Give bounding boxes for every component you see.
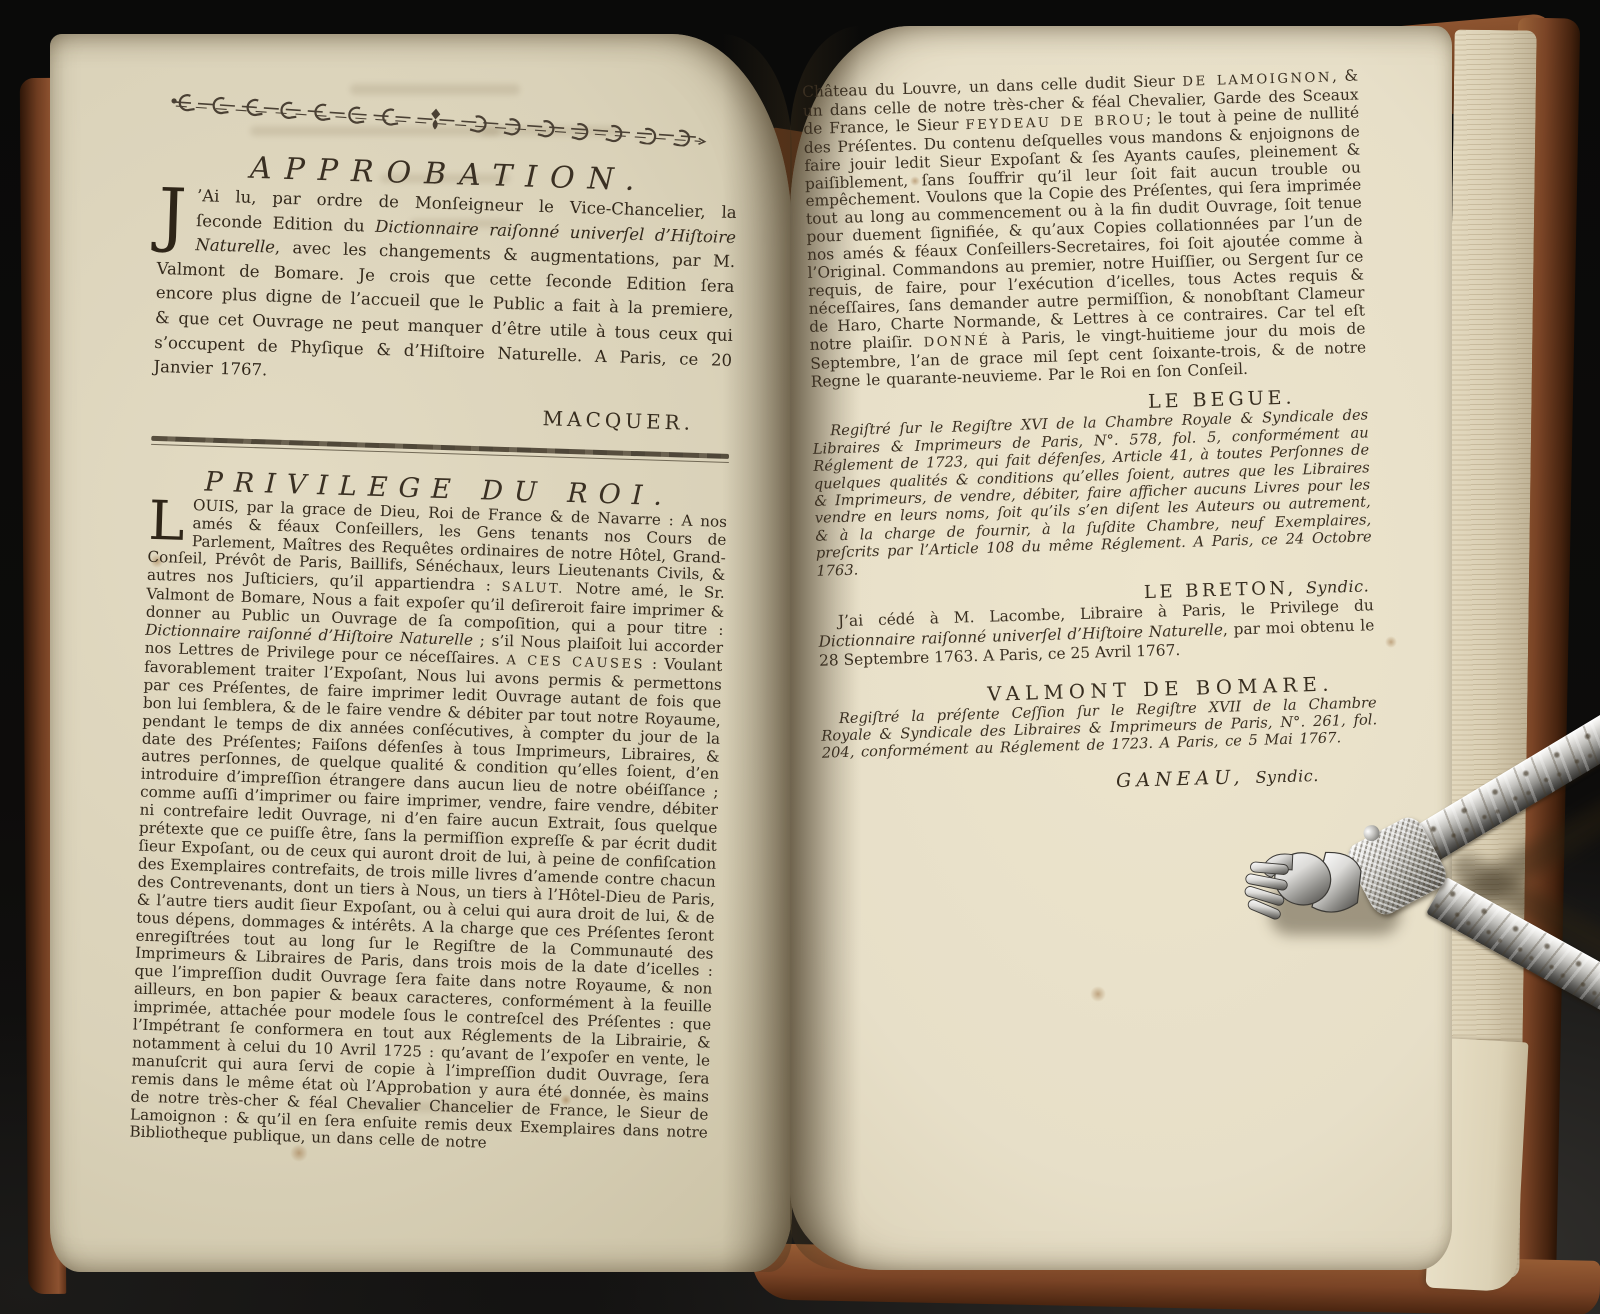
- silver-page-clasp: [1240, 735, 1600, 1015]
- syndic-title: Syndic.: [1306, 576, 1370, 597]
- section-divider: [151, 436, 729, 463]
- show-through-smudge: [350, 84, 520, 95]
- approbation-paragraph: J’Ai lu, par ordre de Monſeigneur le Vic…: [153, 183, 737, 398]
- left-page-text-column: APPROBATION. J’Ai lu, par ordre de Monſe…: [129, 98, 740, 1160]
- signature-macquer: MACQUER.: [152, 394, 730, 436]
- registration-paragraph: Regiſtré ſur le Regiſtre XVI de la Chamb…: [812, 407, 1372, 580]
- foxing-spot: [1090, 986, 1106, 1002]
- book-photograph: APPROBATION. J’Ai lu, par ordre de Monſe…: [0, 0, 1600, 1314]
- privilege-paragraph: LOUIS, par la grace de Dieu, Roi de Fran…: [129, 496, 727, 1160]
- foxing-spot: [1385, 636, 1397, 648]
- right-page-text-column: Château du Louvre, un dans celle dudit S…: [802, 68, 1379, 801]
- left-page: APPROBATION. J’Ai lu, par ordre de Monſe…: [50, 34, 792, 1272]
- twisted-ribbon-ornament: [167, 92, 708, 148]
- privilege-continuation-paragraph: Château du Louvre, un dans celle dudit S…: [802, 68, 1367, 392]
- dropcap-l: L: [148, 496, 193, 542]
- right-page: Château du Louvre, un dans celle dudit S…: [790, 26, 1452, 1270]
- hand-finial-icon: [1235, 818, 1371, 949]
- dropcap-j: J: [158, 183, 198, 240]
